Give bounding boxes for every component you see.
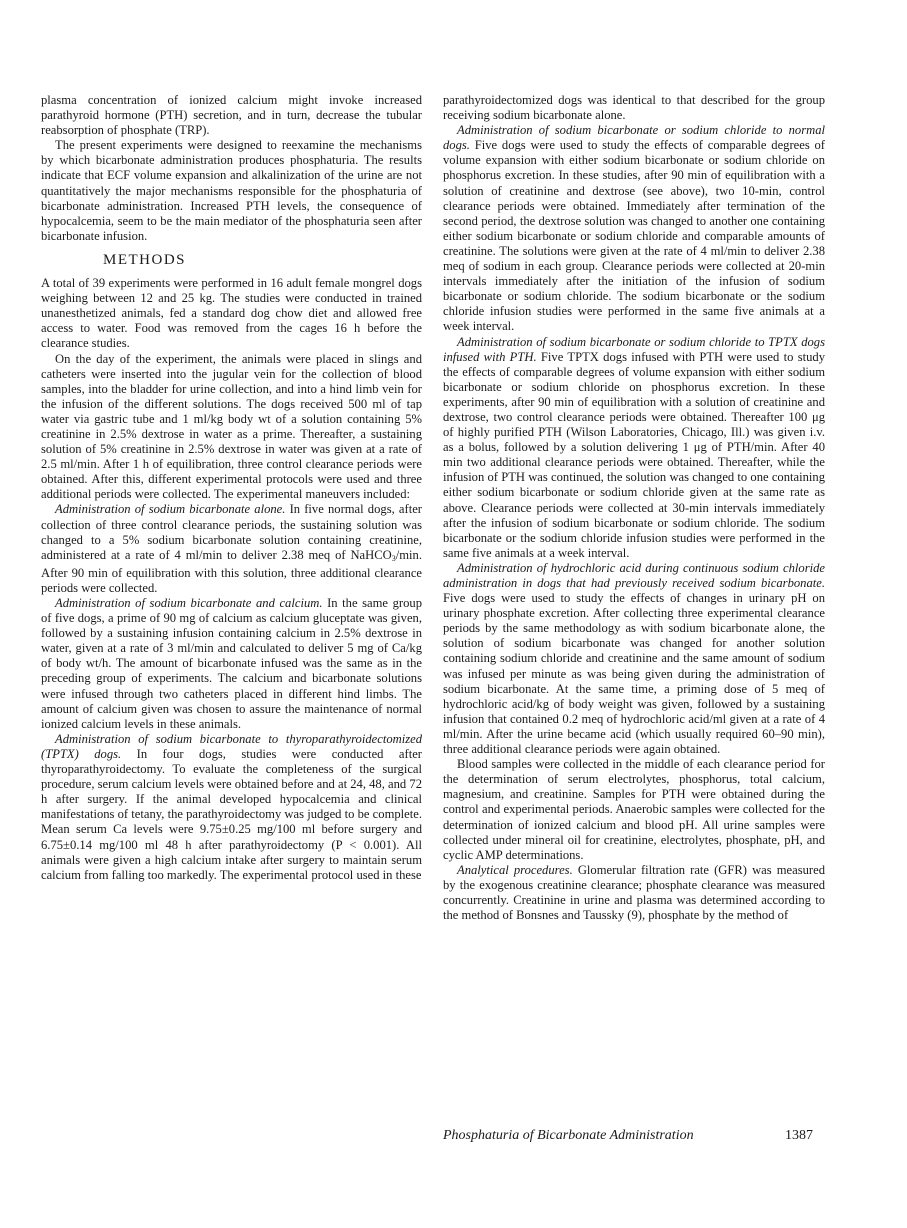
paragraph-tptx-dogs: Administration of sodium bicarbonate to …: [41, 732, 422, 883]
page-number: 1387: [785, 1128, 813, 1144]
page-footer: Phosphaturia of Bicarbonate Administrati…: [443, 1128, 825, 1144]
paragraph-analytical-procedures: Analytical procedures. Glomerular filtra…: [443, 863, 825, 923]
paragraph-subjects: A total of 39 experiments were performed…: [41, 276, 422, 351]
paragraph-blood-samples: Blood samples were collected in the midd…: [443, 757, 825, 863]
paragraph-intro-end: plasma concentration of ionized calcium …: [41, 93, 422, 138]
paragraph-tptx-continued: parathyroidectomized dogs was identical …: [443, 93, 825, 123]
paragraph-bicarbonate-calcium: Administration of sodium bicarbonate and…: [41, 596, 422, 732]
run-in-heading: Administration of sodium bicarbonate alo…: [55, 502, 285, 516]
run-in-heading: Administration of hydrochloric acid duri…: [443, 561, 825, 590]
run-in-heading: Administration of sodium bicarbonate and…: [55, 596, 322, 610]
paragraph-procedure: On the day of the experiment, the animal…: [41, 352, 422, 503]
left-column: plasma concentration of ionized calcium …: [41, 93, 422, 883]
run-in-heading: Analytical procedures.: [457, 863, 573, 877]
running-title: Phosphaturia of Bicarbonate Administrati…: [443, 1128, 694, 1143]
paragraph-bicarbonate-vs-chloride-tptx: Administration of sodium bicarbonate or …: [443, 335, 825, 561]
paragraph-bicarbonate-vs-chloride-normal: Administration of sodium bicarbonate or …: [443, 123, 825, 334]
paragraph-aims: The present experiments were designed to…: [41, 138, 422, 244]
right-column: parathyroidectomized dogs was identical …: [443, 93, 825, 923]
section-heading-methods: METHODS: [41, 253, 422, 268]
paragraph-hydrochloric-acid: Administration of hydrochloric acid duri…: [443, 561, 825, 757]
paragraph-bicarbonate-alone: Administration of sodium bicarbonate alo…: [41, 502, 422, 596]
